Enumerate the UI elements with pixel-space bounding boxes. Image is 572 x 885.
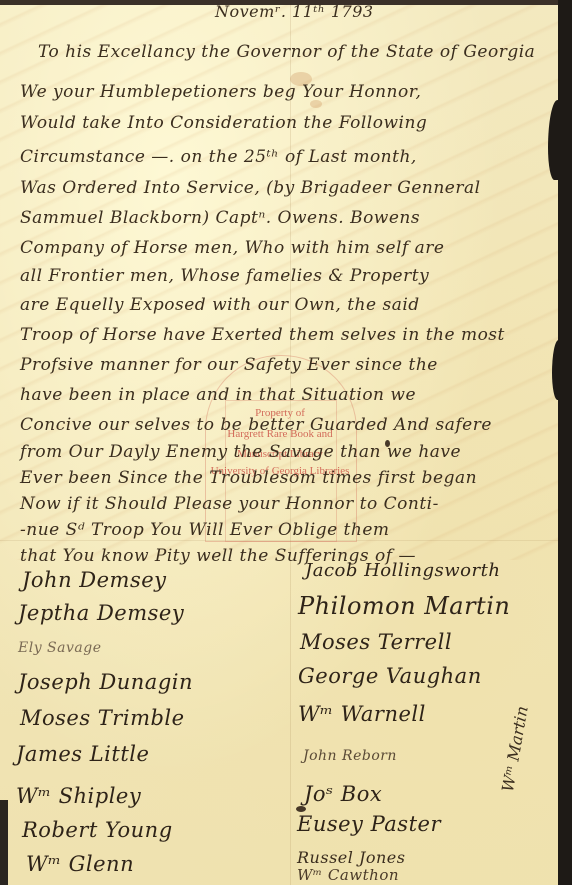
body-line-4: Circumstance —. on the 25ᵗʰ of Last mont… [20,147,417,167]
signature-left-4: Joseph Dunagin [18,670,193,694]
signature-left-6: James Little [16,742,149,766]
body-line-17: -nue Sᵈ Troop You Will Ever Oblige them [20,520,390,540]
body-line-9: are Equelly Exposed with our Own, the sa… [20,295,420,315]
body-line-6: Sammuel Blackborn) Captⁿ. Owens. Bowens [20,208,420,228]
signature-left-2: Jeptha Demsey [18,601,184,625]
body-line-14: from Our Dayly Enemy the Savage than we … [20,442,461,462]
scan-top-edge [0,0,572,5]
signature-left-5: Moses Trimble [20,706,185,730]
scan-left-edge [0,800,8,885]
paper-tear [548,100,564,180]
body-line-16: Now if it Should Please your Honnor to C… [20,494,439,514]
signature-right-1: Jacob Hollingsworth [305,560,500,581]
signature-right-5: Wᵐ Warnell [298,702,426,726]
signature-right-4: George Vaughan [298,664,482,688]
body-line-1: To his Excellancy the Governor of the St… [38,42,535,62]
body-line-15: Ever been Since the Troublesom times fir… [20,468,477,488]
body-line-13: Concive our selves to be better Guarded … [20,415,492,435]
signature-right-3: Moses Terrell [300,630,452,654]
signature-left-3: Ely Savage [18,640,102,656]
signature-right-6: John Reborn [303,748,397,764]
signature-right-7: Joˢ Box [304,782,382,806]
signature-left-1: John Demsey [22,568,167,592]
ink-blot [385,440,390,447]
signature-right-9: Russel Jones [297,848,405,867]
body-line-5: Was Ordered Into Service, (by Brigadeer … [20,178,481,198]
body-line-11: Profsive manner for our Safety Ever sinc… [20,355,438,375]
signature-right-10: Wᵐ Cawthon [297,866,399,884]
body-line-8: all Frontier men, Whose famelies & Prope… [20,266,429,286]
body-line-12: have been in place and in that Situation… [20,385,416,405]
signature-right-2: Philomon Martin [298,592,510,620]
signature-vertical-margin: Wᵐ Martin [498,705,532,794]
ink-blot [296,806,306,812]
body-line-10: Troop of Horse have Exerted them selves … [20,325,505,345]
body-line-3: Would take Into Consideration the Follow… [20,113,427,133]
body-line-7: Company of Horse men, Who with him self … [20,238,444,258]
signature-left-7: Wᵐ Shipley [16,784,141,808]
paper-tear [552,340,564,400]
signature-left-8: Robert Young [22,818,173,842]
manuscript-page: Property of Hargrett Rare Book and Manus… [0,0,560,885]
signature-left-9: Wᵐ Glenn [26,852,134,876]
body-line-2: We your Humblepetioners beg Your Honnor, [20,82,421,102]
signature-right-8: Eusey Paster [297,812,441,836]
